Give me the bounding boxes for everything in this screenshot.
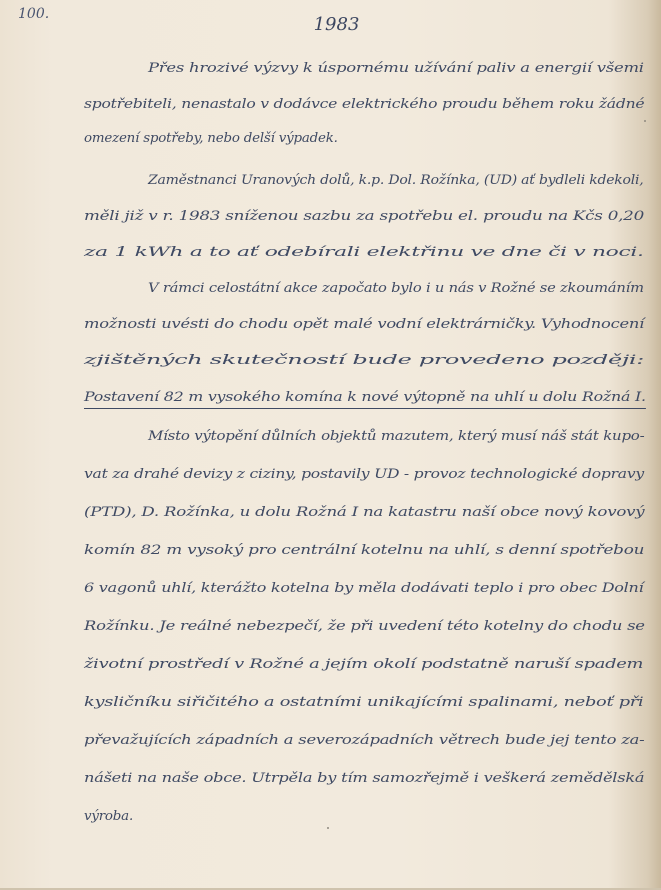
text-line: nášeti na naše obce. Utrpěla by tím samo… [84,770,644,788]
text-line: Rožínku. Je reálné nebezpečí, že při uve… [84,618,645,636]
text-line: kysličníku siřičitého a ostatními unikaj… [84,694,643,712]
year-heading: 1983 [0,14,661,35]
paper-speck [644,120,646,122]
text-line: Přes hrozivé výzvy k úspornému užívání p… [148,60,644,78]
text-line: možnosti uvésti do chodu opět malé vodní… [84,316,644,334]
text-line: spotřebiteli, nenastalo v dodávce elektr… [84,96,644,114]
text-line: zjištěných skutečností bude provedeno po… [84,352,644,370]
text-line: za 1 kWh a to ať odebírali elektřinu ve … [84,244,644,262]
text-line: V rámci celostátní akce započato bylo i … [148,280,644,298]
text-line: životní prostředí v Rožné a jejím okolí … [84,656,643,674]
text-line: komín 82 m vysoký pro centrální kotelnu … [84,542,644,560]
chronicle-page: 100. 1983 Přes hrozivé výzvy k úspornému… [0,0,661,890]
paper-speck [327,827,329,829]
text-line: omezení spotřeby, nebo delší výpadek. [84,130,338,148]
text-line: výroba. [84,808,133,826]
text-line: 6 vagonů uhlí, kterážto kotelna by měla … [84,580,644,598]
text-line: vat za drahé devizy z ciziny, postavily … [84,466,644,484]
section-heading: Postavení 82 m vysokého komína k nové vý… [84,389,646,409]
text-line: měli již v r. 1983 sníženou sazbu za spo… [84,208,644,226]
text-line: převažujících západních a severozápadníc… [84,732,644,750]
text-line: (PTD), D. Rožínka, u dolu Rožná I na kat… [84,504,644,522]
text-line: Zaměstnanci Uranových dolů, k.p. Dol. Ro… [148,172,644,190]
text-line: Místo výtopění důlních objektů mazutem, … [148,428,644,446]
